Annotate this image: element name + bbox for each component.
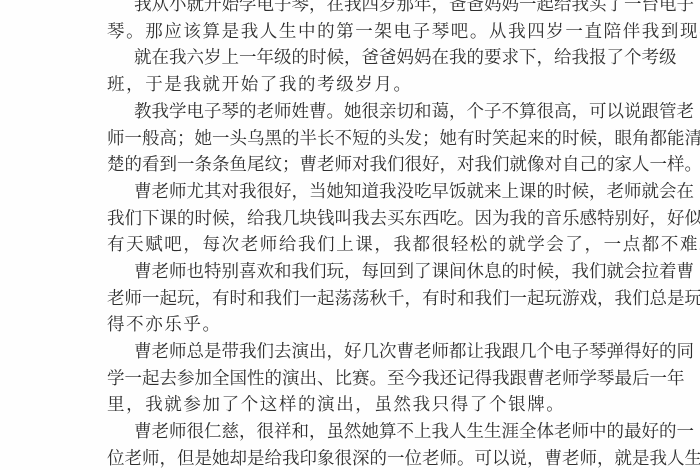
- text-line: 位老师，但是她却是给我印象很深的一位老师。可以说，曹老师，就是我人生: [107, 447, 587, 470]
- text-line: 我从小就开始学电子琴，在我四岁那年，爸爸妈妈一起给我买了一台电子: [134, 0, 587, 17]
- text-line: 曹老师总是带我们去演出，好几次曹老师都让我跟几个电子琴弹得好的同: [134, 340, 587, 364]
- text-line: 琴。那应该算是我人生中的第一架电子琴吧。从我四岁一直陪伴我到现在。: [107, 20, 587, 44]
- text-line: 楚的看到一条条鱼尾纹；曹老师对我们很好，对我们就像对自己的家人一样。: [107, 153, 587, 177]
- text-line: 教我学电子琴的老师姓曹。她很亲切和蔼，个子不算很高，可以说跟管老: [134, 100, 587, 124]
- text-line: 得不亦乐乎。: [107, 313, 587, 337]
- text-line: 我们下课的时候，给我几块钱叫我去买东西吃。因为我的音乐感特别好，好似: [107, 207, 587, 231]
- text-line: 班，于是我就开始了我的考级岁月。: [107, 73, 587, 97]
- text-line: 师一般高；她一头乌黑的半长不短的头发；她有时笑起来的时候，眼角都能清: [107, 127, 587, 151]
- text-line: 学一起去参加全国性的演出、比赛。至今我还记得我跟曹老师学琴最后一年: [107, 367, 587, 391]
- text-line: 有天赋吧，每次老师给我们上课，我都很轻松的就学会了，一点都不难。: [107, 233, 587, 257]
- text-line: 曹老师很仁慈，很祥和，虽然她算不上我人生生涯全体老师中的最好的一: [134, 420, 587, 444]
- text-line: 曹老师尤其对我很好，当她知道我没吃早饭就来上课的时候，老师就会在: [134, 180, 587, 204]
- text-line: 里，我就参加了个这样的演出，虽然我只得了个银牌。: [107, 393, 587, 417]
- document-page: 我从小就开始学电子琴，在我四岁那年，爸爸妈妈一起给我买了一台电子 琴。那应该算是…: [0, 0, 700, 470]
- text-line: 就在我六岁上一年级的时候，爸爸妈妈在我的要求下，给我报了个考级: [134, 46, 587, 70]
- text-line: 曹老师也特别喜欢和我们玩，每回到了课间休息的时候，我们就会拉着曹: [134, 260, 587, 284]
- text-line: 老师一起玩，有时和我们一起荡荡秋千，有时和我们一起玩游戏，我们总是玩: [107, 287, 587, 311]
